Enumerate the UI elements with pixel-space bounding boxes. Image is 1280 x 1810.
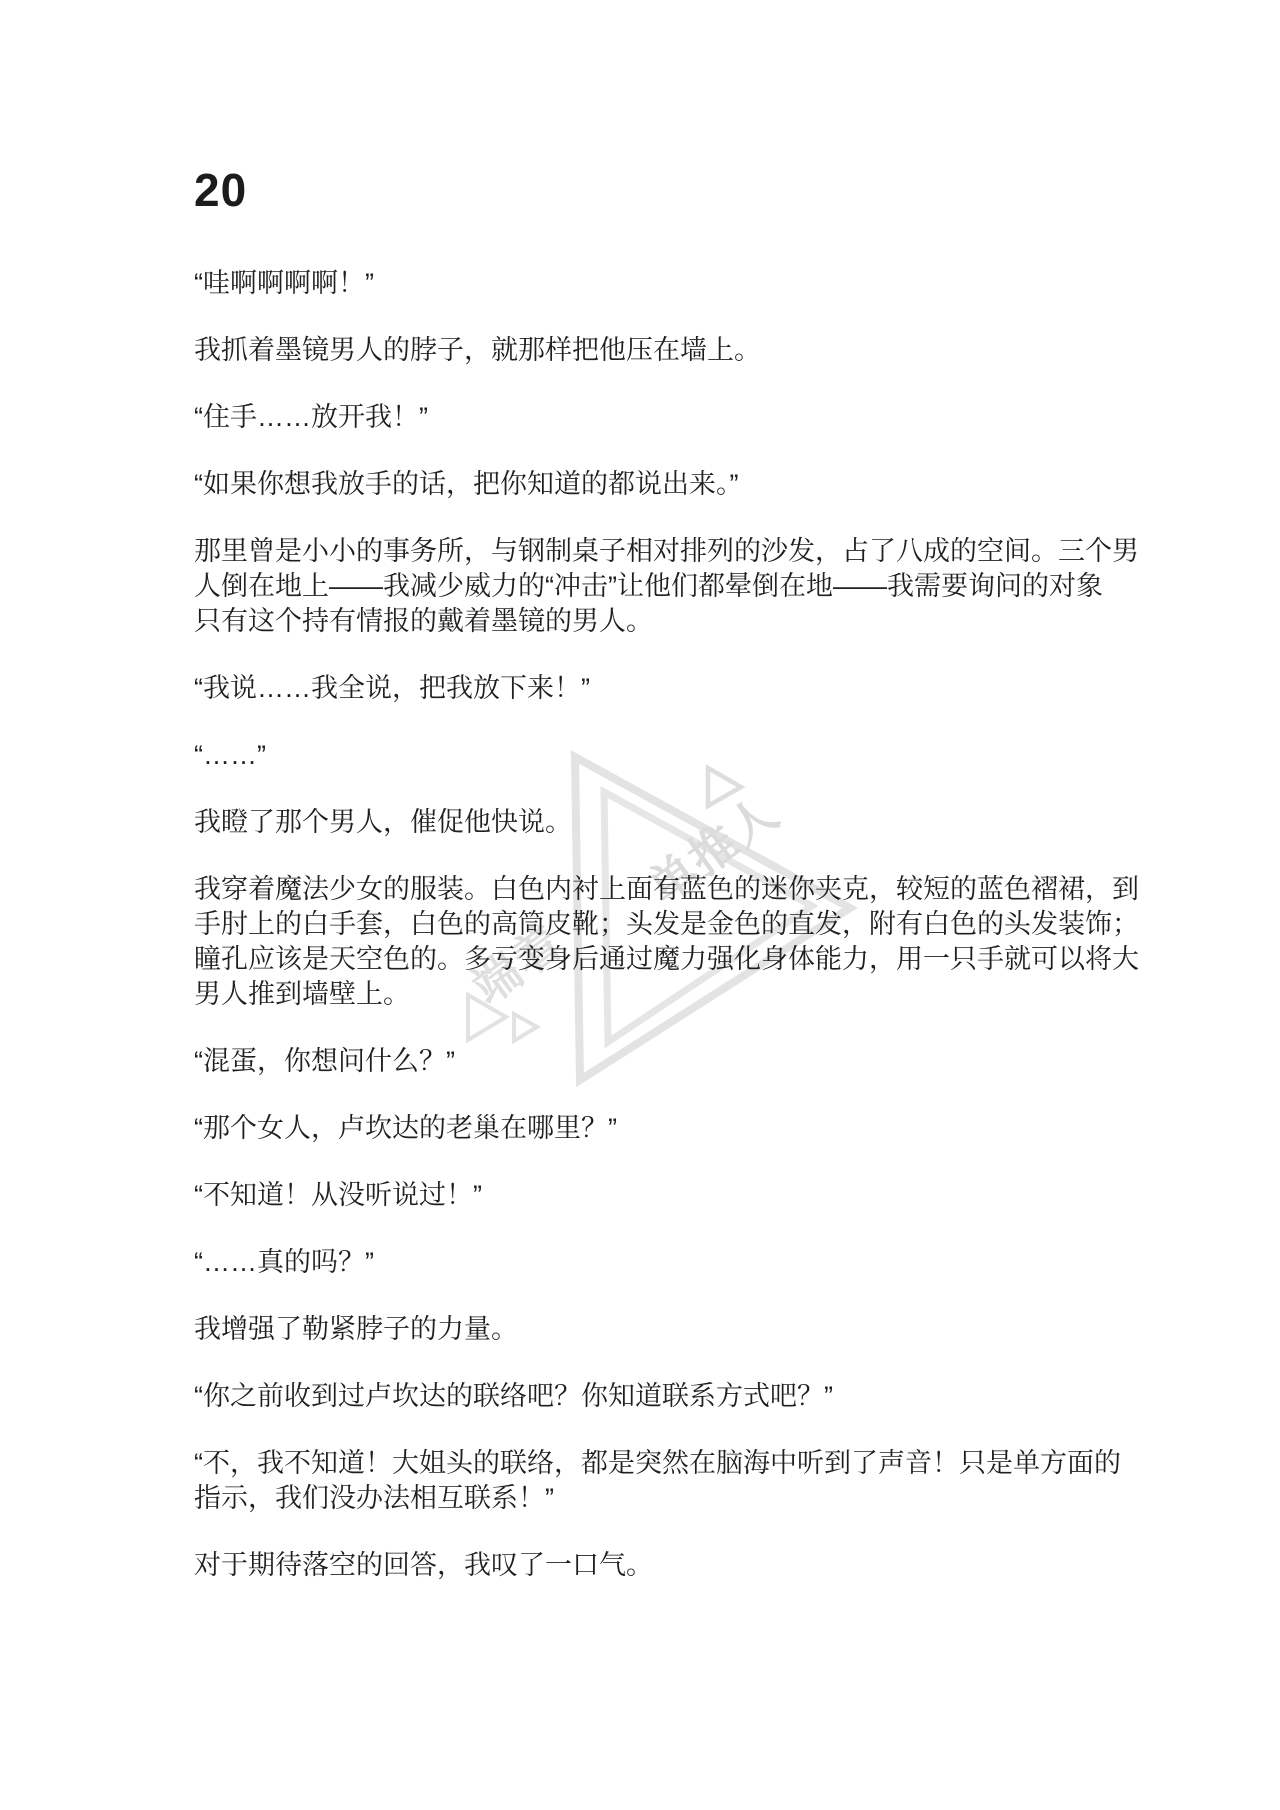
text-line: 指示，我们没办法相互联系！” bbox=[194, 1481, 1154, 1516]
dialogue-paragraph: “……真的吗？” bbox=[194, 1245, 1154, 1280]
dialogue-paragraph: “如果你想我放手的话，把你知道的都说出来。” bbox=[194, 467, 1154, 502]
text-line: “混蛋，你想问什么？” bbox=[194, 1044, 1154, 1079]
text-line: “那个女人，卢坎达的老巢在哪里？” bbox=[194, 1111, 1154, 1146]
narration-paragraph: 我穿着魔法少女的服装。白色内衬上面有蓝色的迷你夹克，较短的蓝色褶裙，到手肘上的白… bbox=[194, 872, 1154, 1012]
text-line: “……真的吗？” bbox=[194, 1245, 1154, 1280]
text-line: 只有这个持有情报的戴着墨镜的男人。 bbox=[194, 604, 1154, 639]
text-line: 手肘上的白手套，白色的高筒皮靴；头发是金色的直发，附有白色的头发装饰； bbox=[194, 907, 1154, 942]
text-line: “哇啊啊啊啊！” bbox=[194, 266, 1154, 301]
text-line: “不知道！从没听说过！” bbox=[194, 1178, 1154, 1213]
text-line: 我增强了勒紧脖子的力量。 bbox=[194, 1312, 1154, 1347]
narration-paragraph: 我抓着墨镜男人的脖子，就那样把他压在墙上。 bbox=[194, 333, 1154, 368]
dialogue-paragraph: “不，我不知道！大姐头的联络，都是突然在脑海中听到了声音！只是单方面的指示，我们… bbox=[194, 1446, 1154, 1516]
text-line: “不，我不知道！大姐头的联络，都是突然在脑海中听到了声音！只是单方面的 bbox=[194, 1446, 1154, 1481]
narration-paragraph: 我瞪了那个男人，催促他快说。 bbox=[194, 805, 1154, 840]
dialogue-paragraph: “混蛋，你想问什么？” bbox=[194, 1044, 1154, 1079]
text-line: “如果你想我放手的话，把你知道的都说出来。” bbox=[194, 467, 1154, 502]
chapter-number: 20 bbox=[194, 162, 1154, 218]
dialogue-paragraph: “那个女人，卢坎达的老巢在哪里？” bbox=[194, 1111, 1154, 1146]
dialogue-paragraph: “不知道！从没听说过！” bbox=[194, 1178, 1154, 1213]
text-line: 瞳孔应该是天空色的。多亏变身后通过魔力强化身体能力，用一只手就可以将大 bbox=[194, 942, 1154, 977]
narration-paragraph: 我增强了勒紧脖子的力量。 bbox=[194, 1312, 1154, 1347]
text-line: “住手……放开我！” bbox=[194, 400, 1154, 435]
text-line: 那里曾是小小的事务所，与钢制桌子相对排列的沙发，占了八成的空间。三个男 bbox=[194, 534, 1154, 569]
dialogue-paragraph: “……” bbox=[194, 738, 1154, 773]
chapter-body: “哇啊啊啊啊！”我抓着墨镜男人的脖子，就那样把他压在墙上。“住手……放开我！”“… bbox=[194, 266, 1154, 1583]
dialogue-paragraph: “我说……我全说，把我放下来！” bbox=[194, 671, 1154, 706]
dialogue-paragraph: “住手……放开我！” bbox=[194, 400, 1154, 435]
narration-paragraph: 那里曾是小小的事务所，与钢制桌子相对排列的沙发，占了八成的空间。三个男人倒在地上… bbox=[194, 534, 1154, 639]
text-line: “……” bbox=[194, 738, 1154, 773]
dialogue-paragraph: “你之前收到过卢坎达的联络吧？你知道联系方式吧？” bbox=[194, 1379, 1154, 1414]
narration-paragraph: 对于期待落空的回答，我叹了一口气。 bbox=[194, 1548, 1154, 1583]
text-line: 我瞪了那个男人，催促他快说。 bbox=[194, 805, 1154, 840]
text-line: “我说……我全说，把我放下来！” bbox=[194, 671, 1154, 706]
text-line: “你之前收到过卢坎达的联络吧？你知道联系方式吧？” bbox=[194, 1379, 1154, 1414]
text-line: 男人推到墙壁上。 bbox=[194, 977, 1154, 1012]
text-line: 对于期待落空的回答，我叹了一口气。 bbox=[194, 1548, 1154, 1583]
document-page: 20 “哇啊啊啊啊！”我抓着墨镜男人的脖子，就那样把他压在墙上。“住手……放开我… bbox=[194, 162, 1154, 1615]
text-line: 我穿着魔法少女的服装。白色内衬上面有蓝色的迷你夹克，较短的蓝色褶裙，到 bbox=[194, 872, 1154, 907]
text-line: 我抓着墨镜男人的脖子，就那样把他压在墙上。 bbox=[194, 333, 1154, 368]
text-line: 人倒在地上——我减少威力的“冲击”让他们都晕倒在地——我需要询问的对象 bbox=[194, 569, 1154, 604]
dialogue-paragraph: “哇啊啊啊啊！” bbox=[194, 266, 1154, 301]
